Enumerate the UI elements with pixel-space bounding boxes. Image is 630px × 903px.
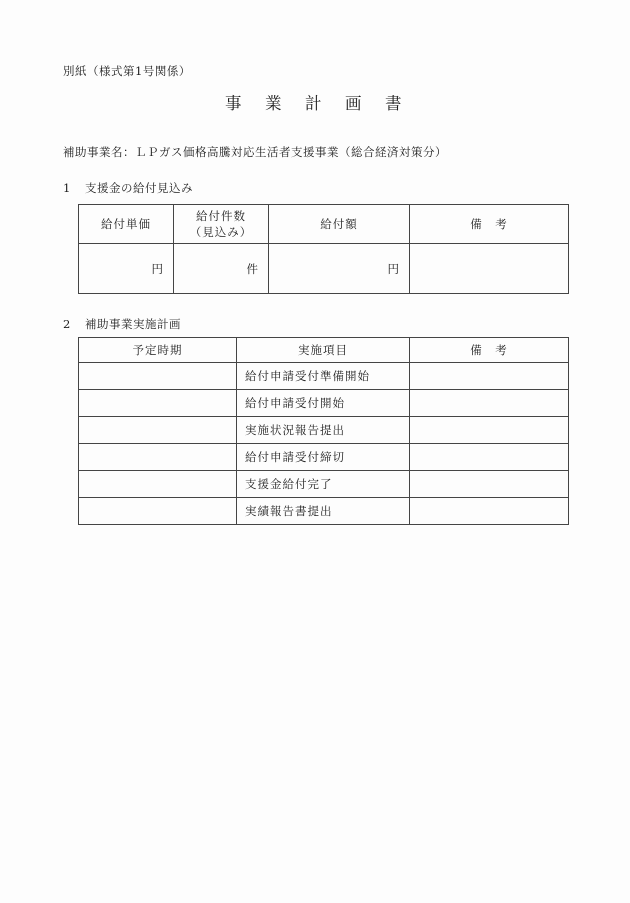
remarks-cell: [410, 363, 569, 390]
item-cell: 給付申請受付開始: [237, 390, 410, 417]
section1-title: 支援金の給付見込み: [85, 181, 193, 195]
header-schedule: 予定時期: [79, 338, 237, 363]
plan-row: 給付申請受付準備開始: [79, 363, 569, 390]
section2-number: 2: [63, 317, 85, 331]
implementation-plan-table: 予定時期 実施項目 備 考 給付申請受付準備開始 給付申請受付開始 実施状況報告…: [78, 337, 569, 525]
grant-count-cell: 件: [174, 244, 269, 294]
section1-heading: 1支援金の給付見込み: [63, 180, 193, 196]
project-name-line: 補助事業名：ＬＰガス価格高騰対応生活者支援事業（総合経済対策分）: [63, 144, 447, 160]
header-grant-count-line1: 給付件数: [174, 208, 268, 224]
header-unit-price: 給付単価: [79, 205, 174, 244]
header-grant-amount: 給付額: [269, 205, 410, 244]
grant-forecast-table: 給付単価 給付件数 （見込み） 給付額 備 考 円 件 円: [78, 204, 569, 294]
remarks-cell: [410, 471, 569, 498]
remarks-cell: [410, 417, 569, 444]
section2-heading: 2補助事業実施計画: [63, 316, 181, 332]
header-item: 実施項目: [237, 338, 410, 363]
item-cell: 支援金給付完了: [237, 471, 410, 498]
grant-amount-cell: 円: [269, 244, 410, 294]
item-cell: 給付申請受付締切: [237, 444, 410, 471]
plan-row: 支援金給付完了: [79, 471, 569, 498]
section2-title: 補助事業実施計画: [85, 317, 181, 331]
remarks-cell: [410, 244, 569, 294]
plan-row: 給付申請受付開始: [79, 390, 569, 417]
grant-forecast-value-row: 円 件 円: [79, 244, 569, 294]
remarks-cell: [410, 444, 569, 471]
document-title: 事 業 計 画 書: [0, 90, 630, 114]
item-cell: 実績報告書提出: [237, 498, 410, 525]
schedule-cell: [79, 417, 237, 444]
plan-row: 実績報告書提出: [79, 498, 569, 525]
remarks-cell: [410, 498, 569, 525]
attachment-annotation: 別紙（様式第1号関係）: [63, 64, 191, 79]
implementation-plan-header-row: 予定時期 実施項目 備 考: [79, 338, 569, 363]
schedule-cell: [79, 390, 237, 417]
project-name-value: ＬＰガス価格高騰対応生活者支援事業（総合経済対策分）: [135, 145, 447, 159]
plan-row: 実施状況報告提出: [79, 417, 569, 444]
header-grant-count: 給付件数 （見込み）: [174, 205, 269, 244]
header-remarks: 備 考: [410, 205, 569, 244]
document-page: 別紙（様式第1号関係） 事 業 計 画 書 補助事業名：ＬＰガス価格高騰対応生活…: [0, 0, 630, 903]
grant-forecast-header-row: 給付単価 給付件数 （見込み） 給付額 備 考: [79, 205, 569, 244]
schedule-cell: [79, 498, 237, 525]
item-cell: 給付申請受付準備開始: [237, 363, 410, 390]
unit-price-cell: 円: [79, 244, 174, 294]
schedule-cell: [79, 363, 237, 390]
item-cell: 実施状況報告提出: [237, 417, 410, 444]
remarks-cell: [410, 390, 569, 417]
project-name-label: 補助事業名：: [63, 145, 135, 159]
schedule-cell: [79, 471, 237, 498]
schedule-cell: [79, 444, 237, 471]
section1-number: 1: [63, 181, 85, 195]
header-grant-count-line2: （見込み）: [174, 224, 268, 240]
header-remarks: 備 考: [410, 338, 569, 363]
plan-row: 給付申請受付締切: [79, 444, 569, 471]
